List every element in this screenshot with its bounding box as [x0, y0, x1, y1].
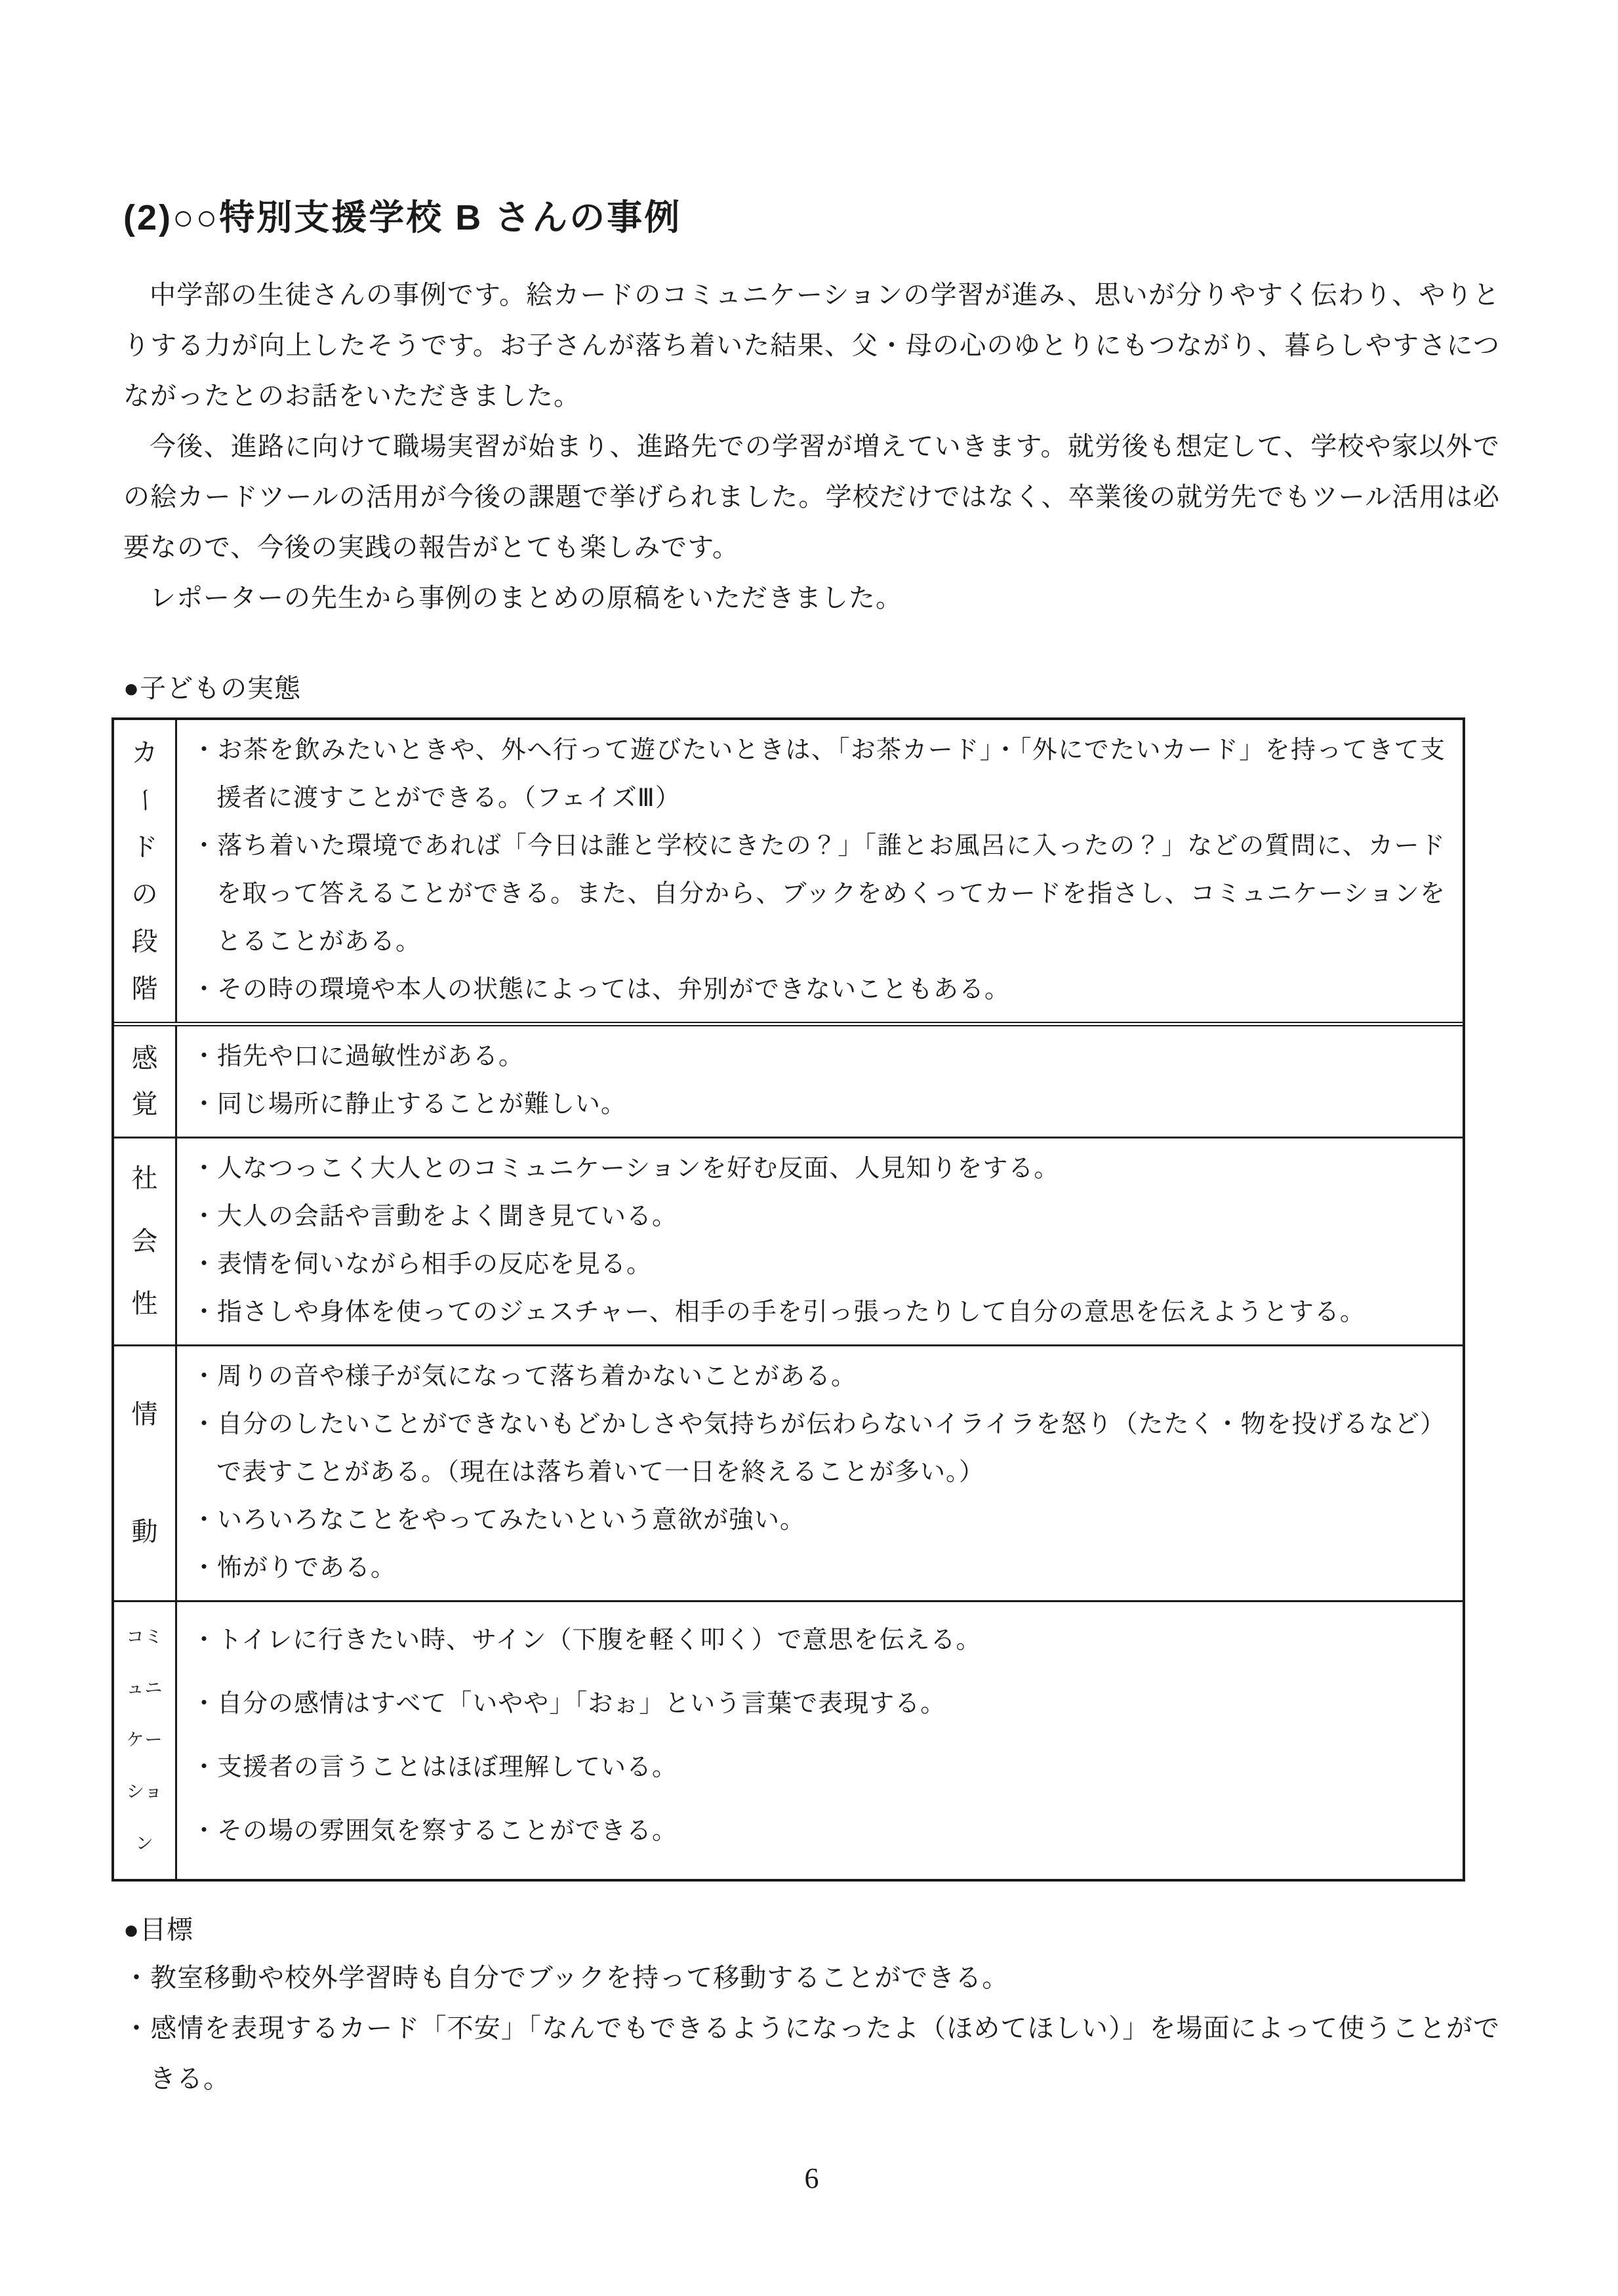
table-item: ・いろいろなことをやってみたいという意欲が強い。 [192, 1497, 1446, 1544]
table-row-emotion: 情 動 ・周りの音や様子が気になって落ち着かないことがある。 ・自分のしたいこと… [114, 1344, 1463, 1600]
label-char: 動 [132, 1519, 158, 1545]
goal-item: ・感情を表現するカード「不安」「なんでもできるようになったよ（ほめてほしい）」を… [123, 2003, 1500, 2104]
row-content-card-stage: ・お茶を飲みたいときや、外へ行って遊びたいときは、「お茶カード」・「外にでたいカ… [177, 720, 1463, 1022]
label-char: コミ [127, 1628, 163, 1646]
table-item: ・指さしや身体を使ってのジェスチャー、相手の手を引っ張ったりして自分の意思を伝え… [192, 1289, 1446, 1337]
table-item: ・指先や口に過敏性がある。 [192, 1033, 1446, 1081]
row-label-card-stage: カ ー ド の 段 階 [114, 720, 177, 1022]
table-item: ・その時の環境や本人の状態によっては、弁別ができないこともある。 [192, 966, 1446, 1014]
label-char: 情 [132, 1401, 158, 1428]
label-char: 段 [132, 929, 158, 955]
table-item: ・支援者の言うことはほぼ理解している。 [192, 1744, 1446, 1792]
intro-paragraph: 今後、進路に向けて職場実習が始まり、進路先での学習が増えていきます。就労後も想定… [123, 421, 1500, 573]
table-item: ・怖がりである。 [192, 1544, 1446, 1592]
child-condition-table: カ ー ド の 段 階 ・お茶を飲みたいときや、外へ行って遊びたいときは、「お茶… [111, 717, 1465, 1882]
section-heading-child-condition: ●子どもの実態 [123, 673, 1500, 704]
row-content-emotion: ・周りの音や様子が気になって落ち着かないことがある。 ・自分のしたいことができな… [177, 1346, 1463, 1600]
intro-paragraph: 中学部の生徒さんの事例です。絵カードのコミュニケーションの学習が進み、思いが分り… [123, 270, 1500, 421]
page-number: 6 [123, 2162, 1500, 2195]
intro-paragraph: レポーターの先生から事例のまとめの原稿をいただきました。 [123, 573, 1500, 623]
table-row-communication: コミ ュニ ケー ショ ン ・トイレに行きたい時、サイン（下腹を軽く叩く）で意思… [114, 1600, 1463, 1879]
row-label-communication: コミ ュニ ケー ショ ン [114, 1602, 177, 1879]
label-char: 社 [132, 1165, 158, 1192]
label-char: ュニ [127, 1680, 163, 1697]
table-item: ・その場の雰囲気を察することができる。 [192, 1807, 1446, 1855]
page-title: (2)○○特別支援学校 B さんの事例 [123, 197, 1500, 239]
label-char: ン [136, 1835, 154, 1853]
table-row-social: 社 会 性 ・人なつっこく大人とのコミュニケーションを好む反面、人見知りをする。… [114, 1137, 1463, 1344]
label-char: カ [132, 740, 158, 766]
row-label-social: 社 会 性 [114, 1138, 177, 1344]
row-label-emotion: 情 動 [114, 1346, 177, 1600]
label-char: ド [132, 834, 158, 860]
section-heading-goals: ●目標 [123, 1914, 1500, 1946]
table-item: ・落ち着いた環境であれば「今日は誰と学校にきたの？」「誰とお風呂に入ったの？」な… [192, 822, 1446, 966]
label-char: 階 [132, 976, 158, 1002]
label-char: の [132, 881, 158, 908]
label-char: 会 [132, 1228, 158, 1255]
label-char: ー [132, 787, 158, 813]
table-item: ・周りの音や様子が気になって落ち着かないことがある。 [192, 1353, 1446, 1401]
label-char: ケー [127, 1731, 163, 1749]
table-item: ・自分の感情はすべて「いやや」「おぉ」という言葉で表現する。 [192, 1680, 1446, 1728]
goal-item: ・教室移動や校外学習時も自分でブックを持って移動することができる。 [123, 1952, 1500, 2003]
row-content-social: ・人なつっこく大人とのコミュニケーションを好む反面、人見知りをする。 ・大人の会… [177, 1138, 1463, 1344]
label-char: 覚 [132, 1091, 158, 1118]
table-item: ・同じ場所に静止することが難しい。 [192, 1081, 1446, 1129]
table-item: ・自分のしたいことができないもどかしさや気持ちが伝わらないイライラを怒り（たたく… [192, 1401, 1446, 1497]
scanned-document-page: (2)○○特別支援学校 B さんの事例 中学部の生徒さんの事例です。絵カードのコ… [0, 0, 1618, 2296]
label-char: 感 [132, 1045, 158, 1072]
row-content-communication: ・トイレに行きたい時、サイン（下腹を軽く叩く）で意思を伝える。 ・自分の感情はす… [177, 1602, 1463, 1879]
table-item: ・表情を伺いながら相手の反応を見る。 [192, 1241, 1446, 1289]
table-row-card-stage: カ ー ド の 段 階 ・お茶を飲みたいときや、外へ行って遊びたいときは、「お茶… [114, 720, 1463, 1026]
table-item: ・人なつっこく大人とのコミュニケーションを好む反面、人見知りをする。 [192, 1145, 1446, 1193]
label-char: 性 [132, 1291, 158, 1317]
table-item: ・お茶を飲みたいときや、外へ行って遊びたいときは、「お茶カード」・「外にでたいカ… [192, 727, 1446, 822]
table-item: ・大人の会話や言動をよく聞き見ている。 [192, 1193, 1446, 1241]
label-char: ショ [127, 1783, 163, 1801]
table-row-sense: 感 覚 ・指先や口に過敏性がある。 ・同じ場所に静止することが難しい。 [114, 1026, 1463, 1137]
row-content-sense: ・指先や口に過敏性がある。 ・同じ場所に静止することが難しい。 [177, 1026, 1463, 1137]
table-item: ・トイレに行きたい時、サイン（下腹を軽く叩く）で意思を伝える。 [192, 1617, 1446, 1664]
row-label-sense: 感 覚 [114, 1026, 177, 1137]
